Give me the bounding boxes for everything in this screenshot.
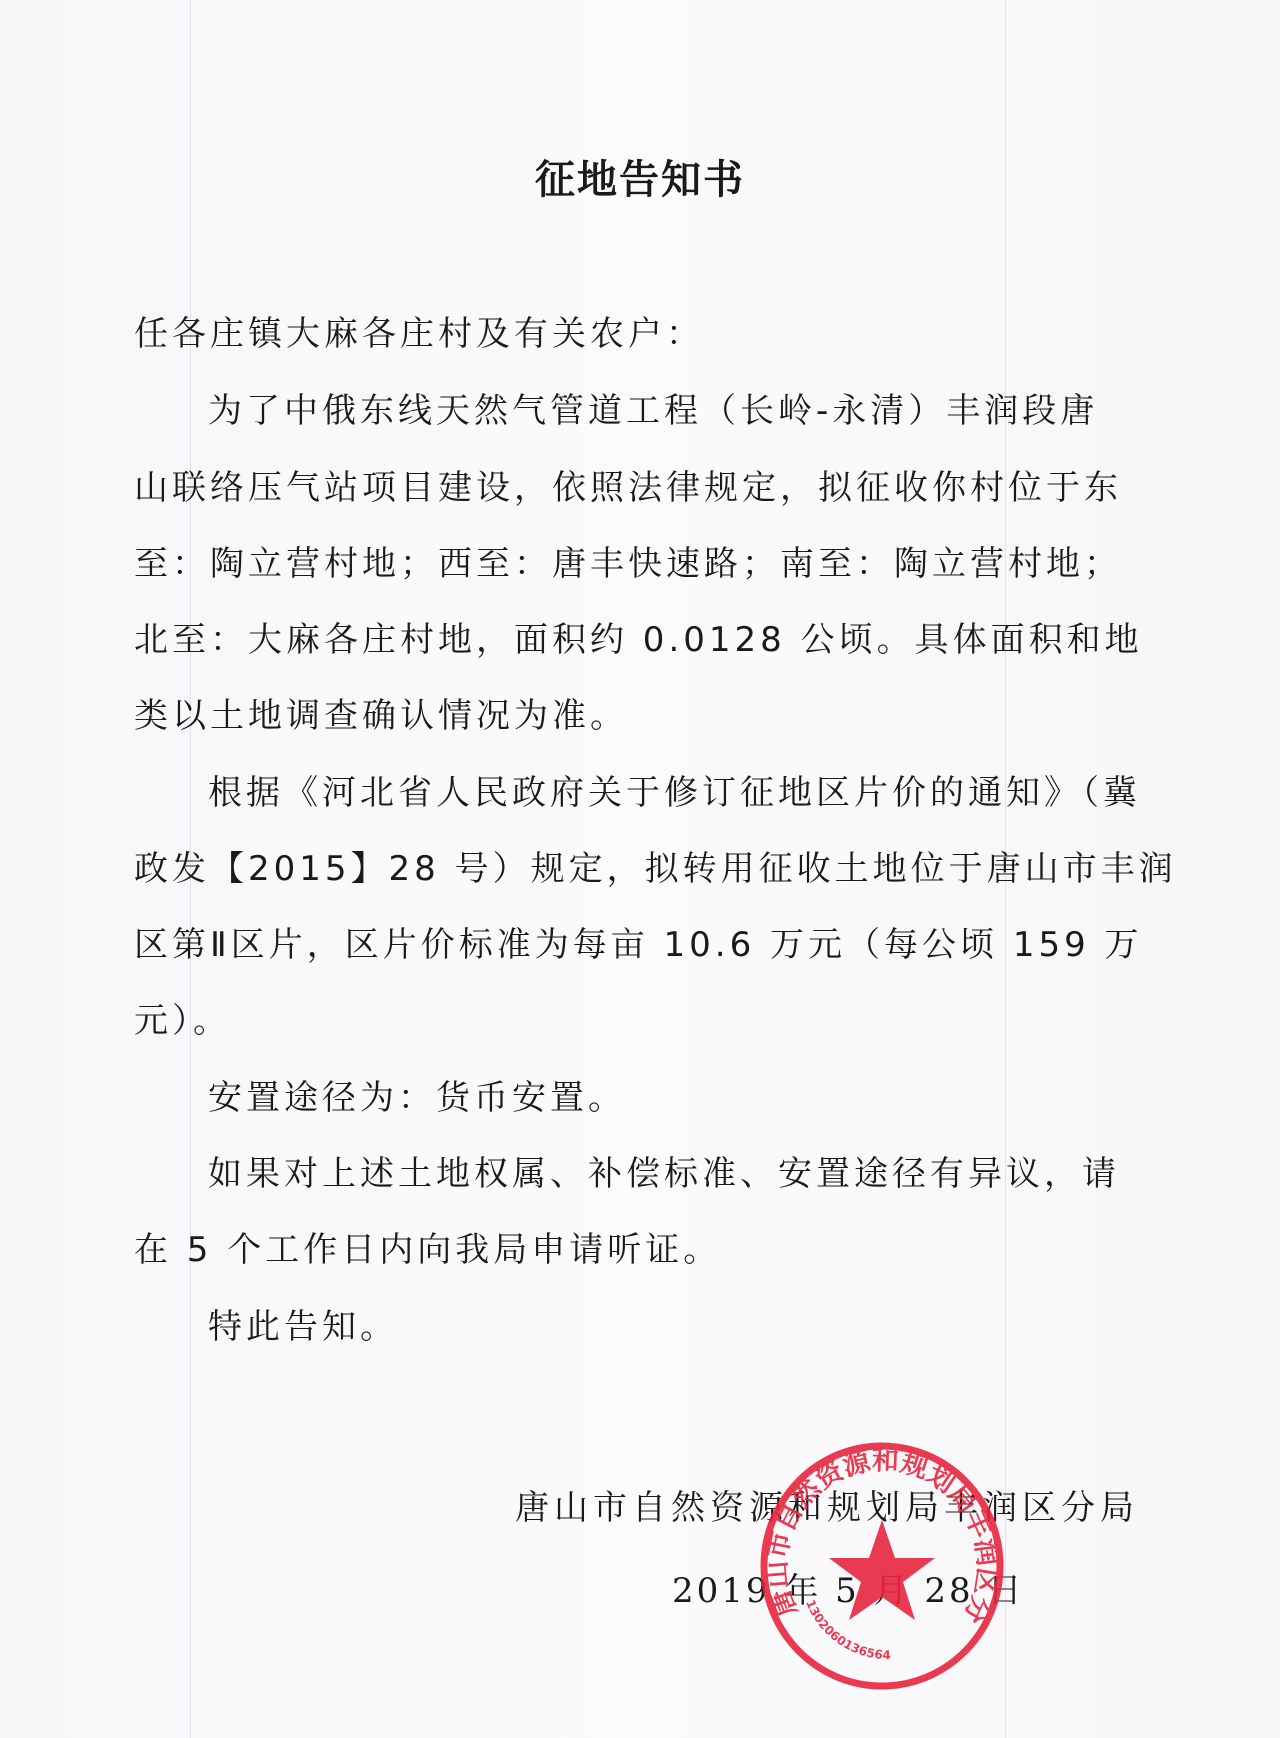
paragraph-line: 为了中俄东线天然气管道工程（长岭-永清）丰润段唐	[208, 383, 1098, 432]
signature-organization: 唐山市自然资源和规划局丰润区分局	[515, 1480, 1139, 1529]
paragraph-line: 类以土地调查确认情况为准。	[134, 688, 628, 737]
document-page: 征地告知书 任各庄镇大麻各庄村及有关农户： 为了中俄东线天然气管道工程（长岭-永…	[0, 0, 1280, 1738]
paragraph-line: 在 5 个工作日内向我局申请听证。	[134, 1222, 721, 1271]
paragraph-line: 元）。	[134, 993, 231, 1042]
paragraph-line: 安置途径为：货币安置。	[208, 1070, 626, 1119]
document-title: 征地告知书	[0, 148, 1280, 205]
paragraph-line: 如果对上述土地权属、补偿标准、安置途径有异议，请	[208, 1146, 1120, 1195]
closing-line: 特此告知。	[208, 1299, 398, 1348]
paragraph-line: 北至：大麻各庄村地，面积约 0.0128 公顷。具体面积和地	[134, 612, 1143, 661]
paragraph-line: 山联络压气站项目建设，依照法律规定，拟征收你村位于东	[134, 460, 1122, 509]
paragraph-line: 至：陶立营村地；西至：唐丰快速路；南至：陶立营村地；	[134, 536, 1122, 585]
paragraph-line: 政发【2015】28 号）规定，拟转用征收土地位于唐山市丰润	[134, 841, 1177, 890]
addressee: 任各庄镇大麻各庄村及有关农户：	[134, 306, 704, 355]
paragraph-line: 根据《河北省人民政府关于修订征地区片价的通知》（冀	[208, 765, 1141, 814]
paragraph-line: 区第Ⅱ区片，区片价标准为每亩 10.6 万元（每公顷 159 万	[134, 917, 1143, 966]
document-date: 2019 年 5 月 28 日	[672, 1563, 1024, 1612]
